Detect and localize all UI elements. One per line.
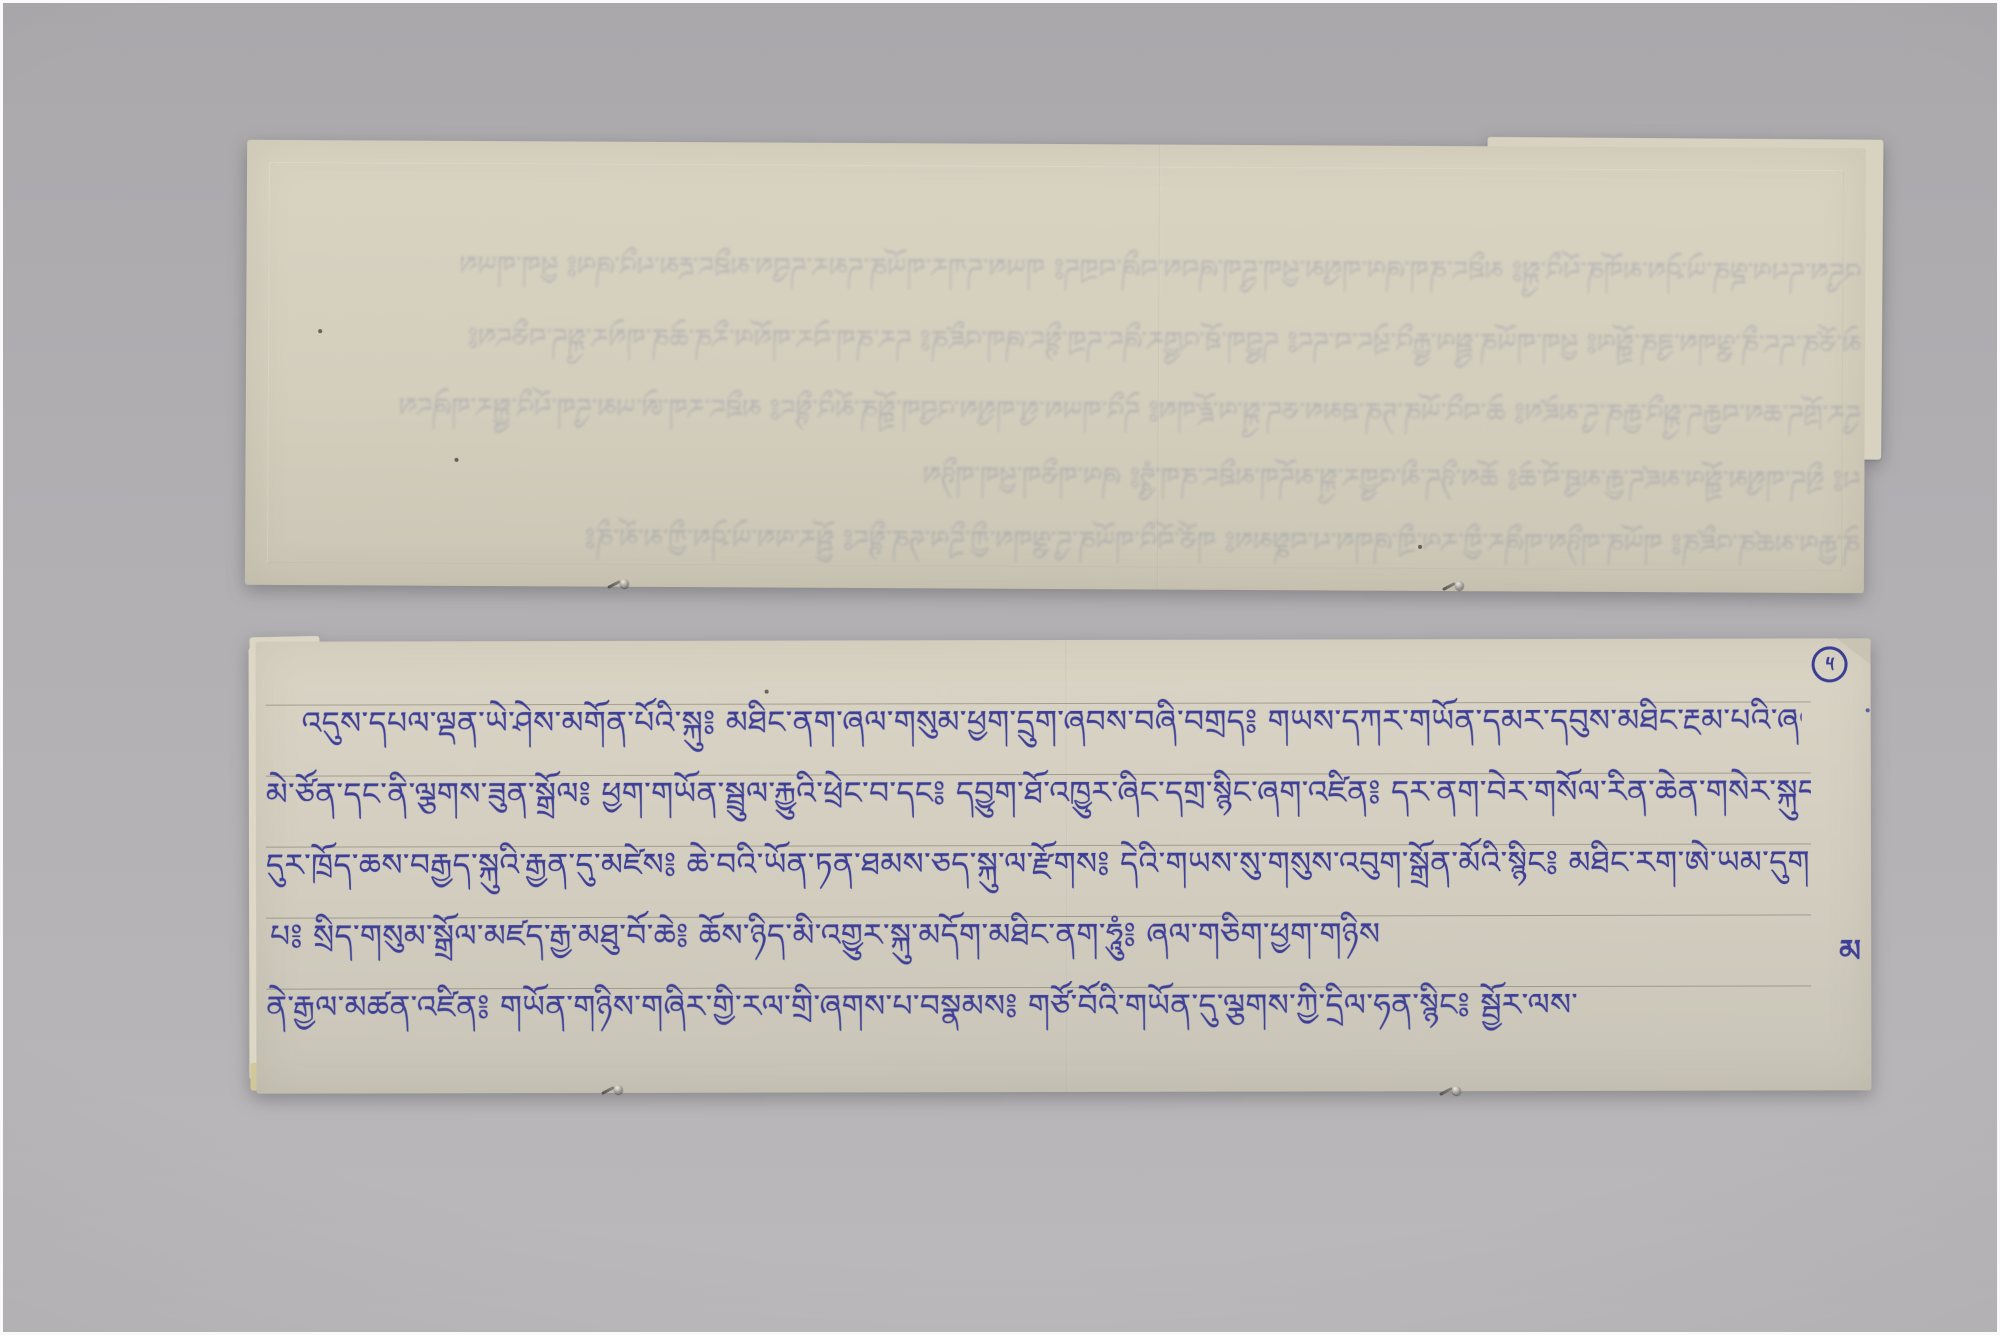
pushpin-stem — [1439, 1087, 1453, 1096]
manuscript-line-1: འདུས་དཔལ་ལྡན་ཡེ་ཤེས་མགོན་པོའི་སྐུ༔ མཐིང་… — [302, 695, 1802, 756]
pushpin — [1439, 1086, 1461, 1098]
tibetan-numeral-5: ༥ — [1824, 654, 1835, 674]
manuscript-line-5: ནེ་རྒྱལ་མཚན་འཛིན༔ གཡོན་གཉིས་གཞིར་གྱི་རལ་… — [266, 980, 1576, 1041]
bleedthrough-line: དུར་ཁྲོད་ཆས་བརྒྱད་སྐུའི་རྒྱན་དུ་མཛེས༔ ཆེ… — [341, 386, 1861, 440]
pushpin-stem — [601, 1086, 615, 1095]
pushpin-head — [620, 579, 629, 588]
pushpin-stem — [607, 580, 621, 589]
bottom-folio-paper: འདུས་དཔལ་ལྡན་ཡེ་ཤེས་མགོན་པོའི་སྐུ༔ མཐིང་… — [256, 638, 1872, 1093]
pushpin — [607, 579, 629, 591]
margin-syllable: མ — [1839, 926, 1861, 976]
manuscript-line-2: མེ་ཙོན་དང་ནི་ལྕགས་ཟུན་སྒྲོལ༔ ཕྱག་གཡོན་སྦ… — [266, 766, 1811, 827]
pushpin-head — [1455, 581, 1464, 590]
top-folio-paper: འདུས་དཔལ་ལྡན་ཡེ་ཤེས་མགོན་པོའི་སྐུ༔ མཐིང་… — [245, 140, 1866, 593]
manuscript-line-3: དུར་ཁྲོད་ཆས་བརྒྱད་སྐུའི་རྒྱན་དུ་མཛེས༔ ཆེ… — [266, 837, 1811, 898]
pushpin-stem — [1442, 582, 1456, 591]
pushpin-head — [614, 1085, 623, 1094]
ink-speck — [1418, 545, 1422, 549]
bleedthrough-line: ནེ་རྒྱལ་མཚན་འཛིན༔ གཡོན་གཉིས་གཞིར་གྱི་རལ་… — [340, 516, 1860, 570]
bleedthrough-line: མེ་ཙོན་དང་ནི་ལྕགས་ཟུན་སྒྲོལ༔ ཕྱག་གཡོན་སྦ… — [341, 316, 1861, 370]
ink-speck — [1866, 708, 1870, 712]
pushpin — [1442, 581, 1464, 593]
bleedthrough-line: པ༔ སྲིད་གསུམ་སྒྲོལ་མཛད་རྒྱ་མཐུ་བོ་ཆེ༔ ཆོ… — [340, 452, 1860, 506]
manuscript-line-4: པ༔ སྲིད་གསུམ་སྒྲོལ་མཛད་རྒྱ་མཐུ་བོ་ཆེ༔ ཆོ… — [270, 909, 1660, 970]
bleedthrough-line: འདུས་དཔལ་ལྡན་ཡེ་ཤེས་མགོན་པོའི་སྐུ༔ མཐིང་… — [341, 244, 1861, 298]
page-number-badge: ༥ — [1809, 644, 1850, 685]
top-folio: འདུས་དཔལ་ལྡན་ཡེ་ཤེས་མགོན་པོའི་སྐུ༔ མཐིང་… — [245, 140, 1866, 593]
ink-speck — [318, 329, 322, 333]
bottom-folio: འདུས་དཔལ་ལྡན་ཡེ་ཤེས་མགོན་པོའི་སྐུ༔ མཐིང་… — [256, 638, 1872, 1093]
pushpin-head — [1452, 1086, 1461, 1095]
ink-speck — [765, 690, 769, 694]
ink-speck — [454, 458, 458, 462]
pushpin — [601, 1085, 623, 1097]
photograph: འདུས་དཔལ་ལྡན་ཡེ་ཤེས་མགོན་པོའི་སྐུ༔ མཐིང་… — [0, 0, 2000, 1335]
